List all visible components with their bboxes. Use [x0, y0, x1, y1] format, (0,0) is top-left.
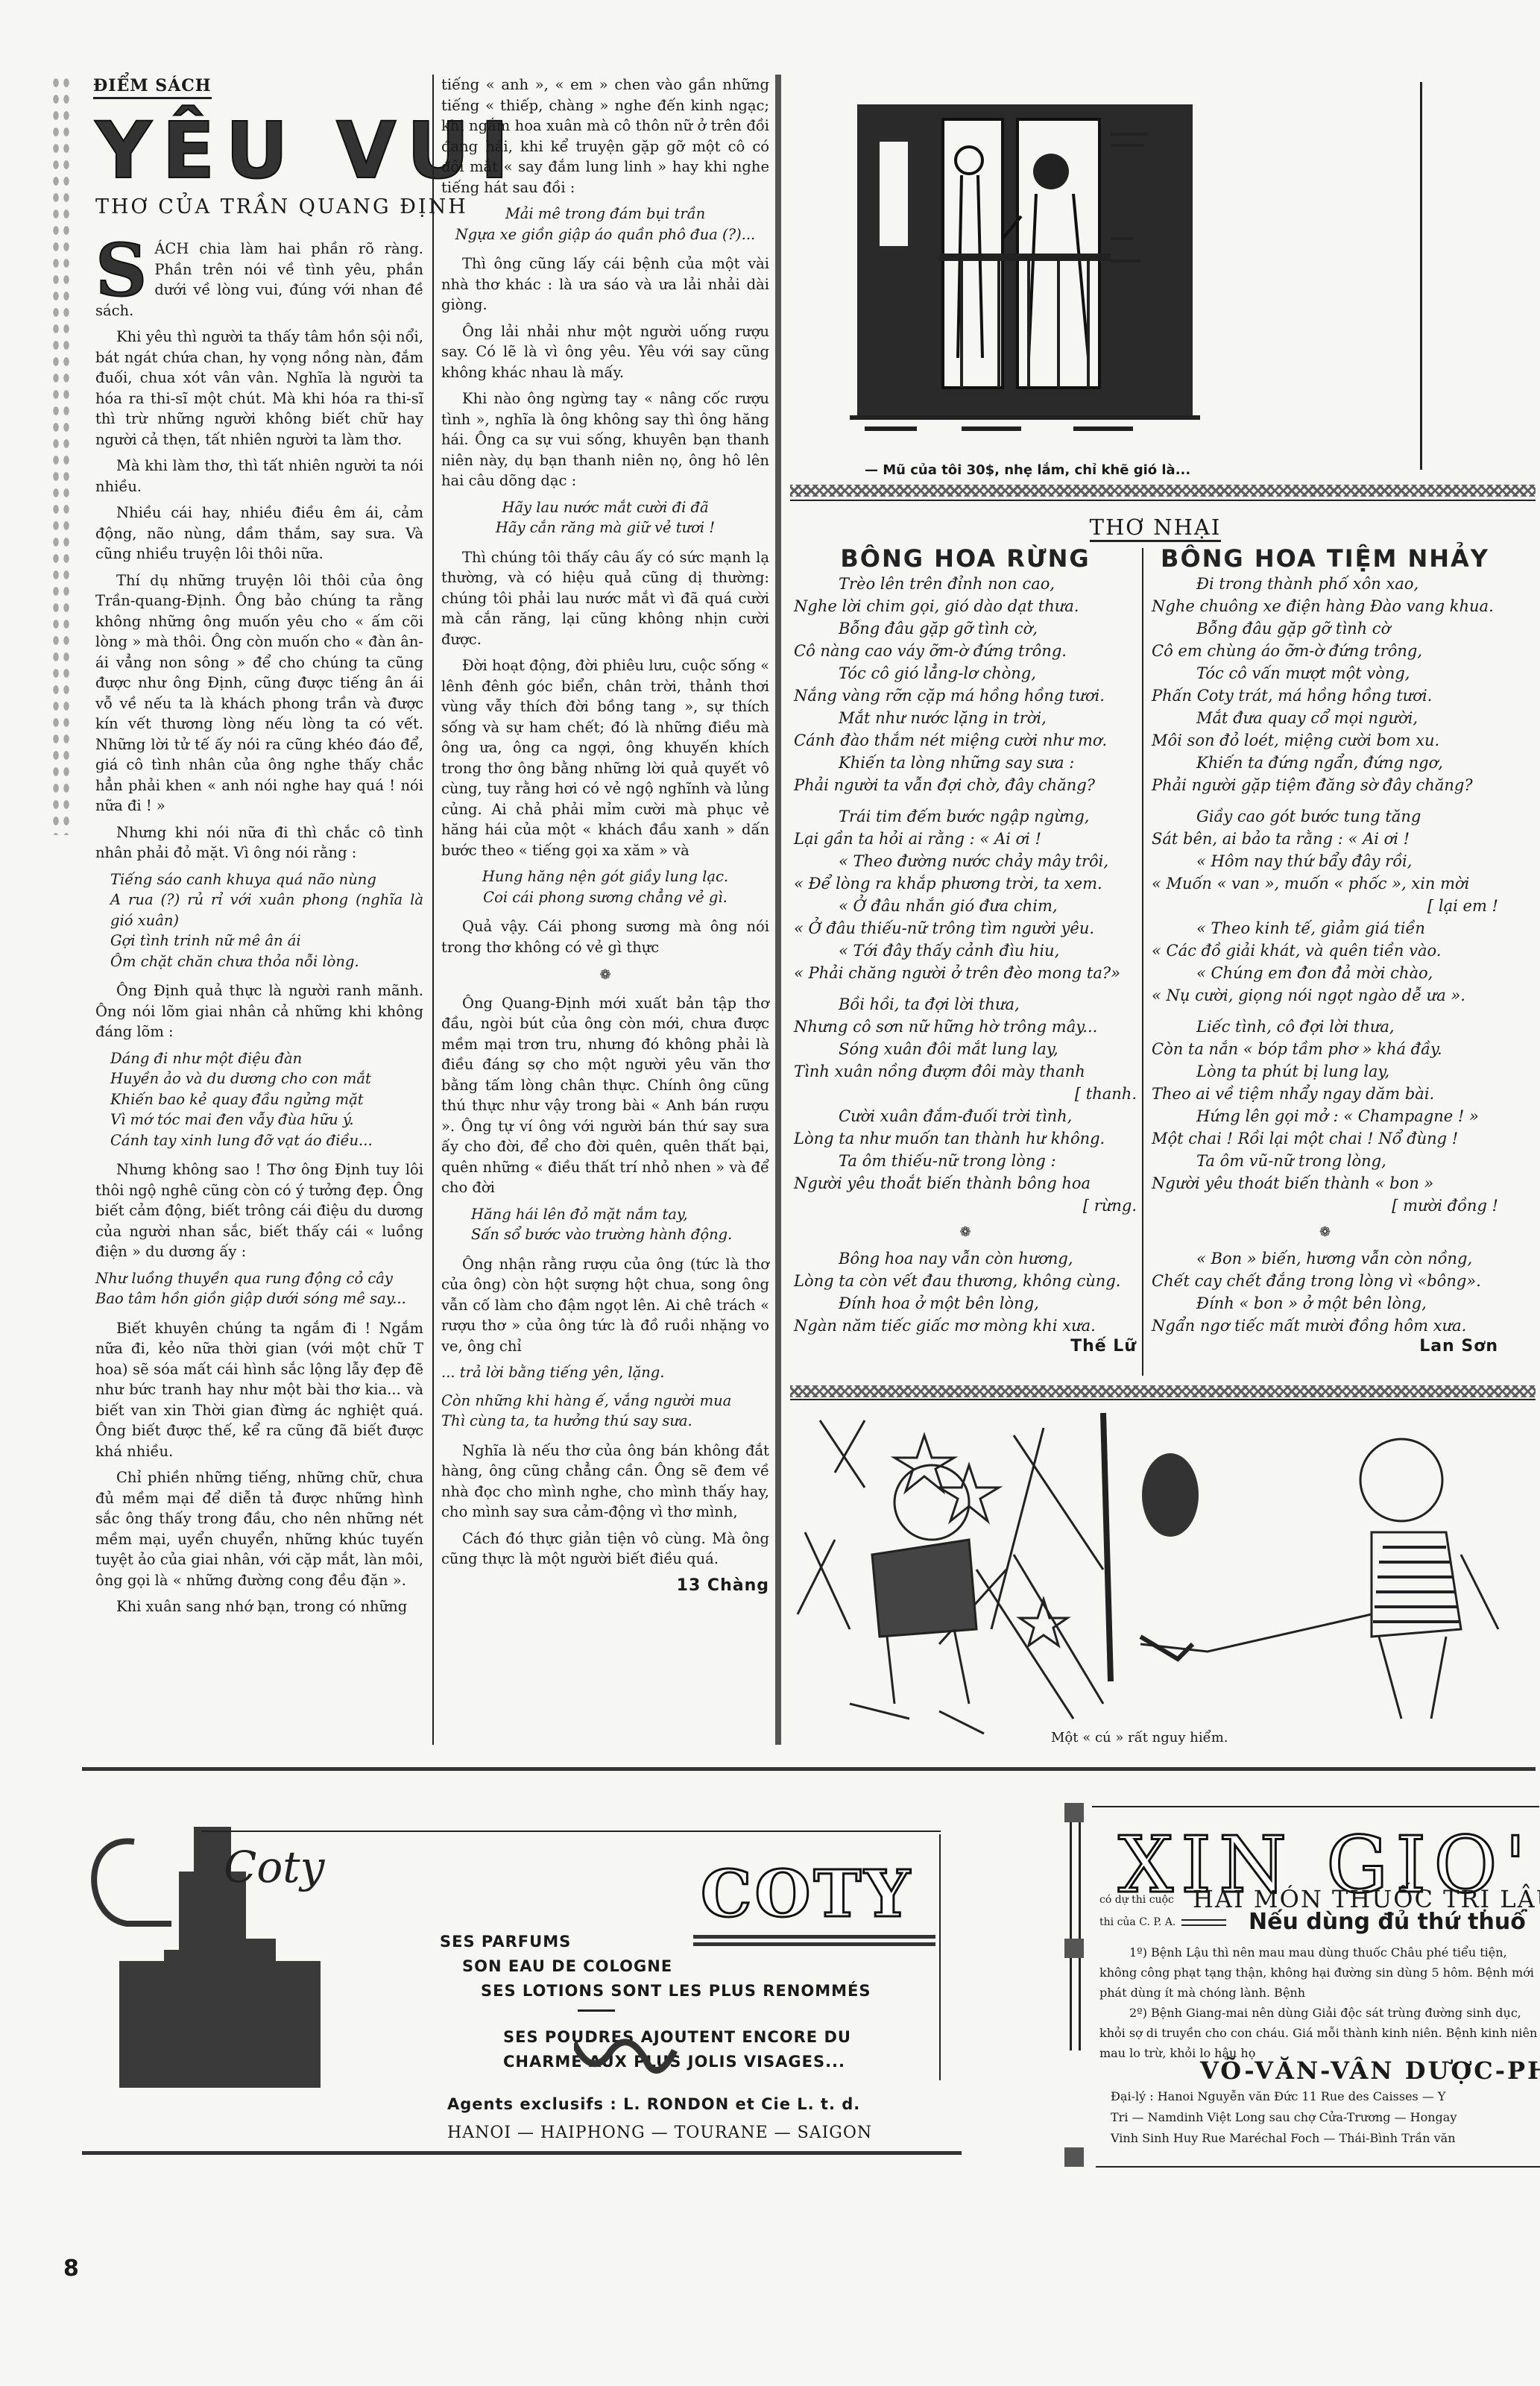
xin-brand: VÕ-VĂN-VÂN DƯỢC-PH	[1200, 2056, 1540, 2085]
poem-line: Sóng xuân đôi mắt lung lay,	[794, 1038, 1137, 1060]
paragraph: Mà khi làm thơ, thì tất nhiên người ta n…	[95, 456, 423, 497]
poem-line: Giầy cao gót bước tung tăng	[1152, 805, 1498, 828]
ornament-icon: ❁	[441, 965, 769, 986]
poem-line: Ngẩn ngơ tiếc mất mười đồng hôm xưa.	[1152, 1315, 1498, 1337]
verse-quote: Hung hăng nện gót giầy lung lạc. Coi cái…	[441, 866, 769, 907]
short-rule	[1181, 1919, 1226, 1921]
poem-line: Một chai ! Rồi lại một chai ! Nổ đùng !	[1152, 1127, 1498, 1150]
poem-right: BÔNG HOA TIỆM NHẢY Đi trong thành phố xô…	[1152, 544, 1498, 1356]
poem-line: Cô em chùng áo ỡm-ờ đứng trông,	[1152, 640, 1498, 662]
poem-line: « Tới đây thấy cảnh đìu hiu,	[794, 939, 1137, 962]
ad-pillar	[1079, 1804, 1081, 2050]
column-divider	[432, 75, 434, 1745]
article-signature: 13 Chàng	[441, 1576, 769, 1596]
paragraph: Nhiều cái hay, nhiều điều êm ái, cảm độn…	[95, 503, 423, 564]
paragraph: Quả vậy. Cái phong sương mà ông nói tron…	[441, 916, 769, 957]
paragraph: Chỉ phiền những tiếng, những chữ, chưa đ…	[95, 1467, 423, 1590]
poem-line: Ngàn năm tiếc giấc mơ mòng khi xưa.	[794, 1315, 1137, 1337]
poem-line: « Để lòng ra khắp phương trời, ta xem.	[794, 872, 1137, 895]
poem-line: Bồi hồi, ta đợi lời thưa,	[794, 993, 1137, 1016]
poem-line: Tình xuân nồng đượm đôi mày thanh	[794, 1060, 1137, 1083]
poems-divider	[1142, 548, 1143, 1376]
margin-ornament	[51, 75, 73, 835]
poem-author: Lan Sơn	[1152, 1337, 1498, 1356]
ad-border	[939, 1834, 941, 2080]
xin-agents: Đại-lý : Hanoi Nguyễn văn Đức 11 Rue des…	[1111, 2089, 1445, 2103]
poem-coda: Bông hoa nay vẫn còn hương,Lòng ta còn v…	[794, 1247, 1137, 1337]
xin-agents: Tri — Namdinh Việt Long sau chợ Cửa-Trươ…	[1111, 2110, 1457, 2124]
coty-line: SON EAU DE COLOGNE	[462, 1957, 672, 1975]
poem-lines: Đi trong thành phố xôn xao,Nghe chuông x…	[1152, 573, 1498, 1217]
tram-cartoon-illustration	[850, 89, 1267, 447]
paragraph: Đời hoạt động, đời phiêu lưu, cuộc sống …	[441, 655, 769, 860]
paragraph: Ông nhận rằng rượu của ông (tức là thơ c…	[441, 1254, 769, 1357]
poem-line: Hứng lên gọi mở : « Champagne ! »	[1152, 1105, 1498, 1127]
poem-line: [ rừng.	[794, 1194, 1137, 1217]
poem-line: Khiến ta đứng ngẩn, đứng ngơ,	[1152, 752, 1498, 774]
review-column-2: tiếng « anh », « em » chen vào gần những…	[441, 75, 769, 1596]
xin-item-1: 1º) Bệnh Lậu thì nên mau mau dùng thuốc …	[1099, 1942, 1539, 2002]
poem-line: Cười xuân đắm-đuối trời tình,	[794, 1105, 1137, 1127]
poem-line: [ mười đồng !	[1152, 1194, 1498, 1217]
pillar-cap	[1064, 1939, 1084, 1958]
paragraph: Biết khuyên chúng ta ngắm đi ! Ngắm nữa …	[95, 1318, 423, 1462]
pillar-cap	[1064, 2147, 1084, 2167]
perfume-bottle-illustration	[82, 1797, 432, 2088]
review-column-1: SÁCH chia làm hai phần rõ ràng. Phần trê…	[95, 239, 423, 1623]
poem-line: Trái tim đếm bước ngập ngừng,	[794, 805, 1137, 828]
paragraph: Khi nào ông ngừng tay « nâng cốc rượu tì…	[441, 388, 769, 491]
paragraph: Ông lải nhải như một người uống rượu say…	[441, 321, 769, 383]
coty-agents: Agents exclusifs : L. RONDON et Cie L. t…	[447, 2095, 860, 2113]
paragraph: Nhưng không sao ! Thơ ông Định tuy lôi t…	[95, 1159, 423, 1262]
poem-line: Còn ta nắn « bóp tầm phơ » khá đầy.	[1152, 1038, 1498, 1060]
poem-line: Bỗng đâu gặp gỡ tình cờ,	[794, 617, 1137, 640]
poem-line: [ thanh.	[794, 1083, 1137, 1105]
logo-underline	[693, 1942, 935, 1946]
poem-line: Trèo lên trên đỉnh non cao,	[794, 573, 1137, 595]
verse-quote: Tiếng sáo canh khuya quá não nùng A rua …	[110, 869, 423, 972]
poem-line: Phải người ta vẫn đợi chờ, đây chăng?	[794, 774, 1137, 796]
coty-cities: HANOI — HAIPHONG — TOURANE — SAIGON	[447, 2124, 872, 2142]
poem-line: « Ở đâu thiếu-nữ trông tìm người yêu.	[794, 917, 1137, 939]
paragraph: Cách đó thực giản tiện vô cùng. Mà ông c…	[441, 1529, 769, 1570]
poem-line: Người yêu thoát biến thành « bon »	[1152, 1172, 1498, 1194]
stanza-gap	[794, 796, 1137, 805]
coty-wave-ornament	[574, 2036, 678, 2080]
xin-small-text: thi của C. P. A.	[1099, 1916, 1175, 1928]
stanza-gap	[794, 984, 1137, 993]
page-number: 8	[63, 2256, 79, 2282]
paragraph: Khi yêu thì người ta thấy tâm hồn sội nổ…	[95, 327, 423, 450]
poem-line: Cánh đào thắm nét miệng cười như mơ.	[794, 729, 1137, 752]
poem-line: Bỗng đâu gặp gỡ tình cờ	[1152, 617, 1498, 640]
verse-quote: Còn những khi hàng ế, vắng người mua Thì…	[441, 1391, 769, 1432]
paragraph: tiếng « anh », « em » chen vào gần những…	[441, 75, 769, 198]
football-cartoon-caption: Một « cú » rất nguy hiểm.	[1051, 1730, 1228, 1746]
divider-rule	[790, 500, 1536, 501]
ad-bottom-rule	[82, 2151, 962, 2155]
coty-logo: COTY	[701, 1857, 913, 1932]
ornamental-divider	[790, 1385, 1536, 1397]
poem-line: Ta ôm vũ-nữ trong lòng,	[1152, 1150, 1498, 1172]
logo-underline	[693, 1935, 935, 1939]
poem-line: Lòng ta như muốn tan thành hư không.	[794, 1127, 1137, 1150]
coty-signature: Coty	[224, 1842, 324, 1892]
poem-line: « Nụ cười, giọng nói ngọt ngào dễ ưa ».	[1152, 984, 1498, 1007]
poem-line: Cô nàng cao váy ỡm-ờ đứng trông.	[794, 640, 1137, 662]
paragraph: Nghĩa là nếu thơ của ông bán không đắt h…	[441, 1441, 769, 1523]
ad-border	[1096, 2166, 1540, 2168]
poems-section-title: THƠ NHẠI	[1081, 514, 1230, 540]
poem-line: Chết cay chết đắng trong lòng vì «bông».	[1152, 1270, 1498, 1292]
poem-line: Môi son đỏ loét, miệng cười bom xu.	[1152, 729, 1498, 752]
article-subtitle: THƠ CỦA TRẦN QUANG ĐỊNH	[95, 195, 468, 218]
poem-line: Lòng ta phút bị lung lay,	[1152, 1060, 1498, 1083]
paragraph: Ông Định quả thực là người ranh mãnh. Ôn…	[95, 980, 423, 1042]
pillar-cap	[1064, 1803, 1084, 1822]
xin-subhead: Nếu dùng đủ thứ thuố	[1249, 1909, 1526, 1935]
poem-line: Sát bên, ai bảo ta rằng : « Ai ơi !	[1152, 828, 1498, 850]
ornament-icon: ❁	[1152, 1224, 1498, 1240]
poem-line: « Phải chăng người ở trên đèo mong ta?»	[794, 962, 1137, 984]
poem-line: Tóc cô vấn mượt một vòng,	[1152, 662, 1498, 684]
poem-line: « Bon » biến, hương vẫn còn nồng,	[1152, 1247, 1498, 1270]
paragraph: Thí dụ những truyện lôi thôi của ông Trầ…	[95, 570, 423, 816]
poem-line: Lại gần ta hỏi ai rằng : « Ai ơi !	[794, 828, 1137, 850]
paragraph: Khi xuân sang nhớ bạn, trong có những	[95, 1596, 423, 1617]
poem-line: « Theo kinh tế, giảm giá tiền	[1152, 917, 1498, 939]
poem-line: « Hôm nay thứ bẩy đây rồi,	[1152, 850, 1498, 872]
poem-line: Nắng vàng rỡn cặp má hồng hồng tươi.	[794, 684, 1137, 707]
verse-quote: Hãy lau nước mắt cười đi đã Hãy cắn răng…	[441, 497, 769, 538]
verse-quote: Hăng hái lên đỏ mặt nắm tay, Sấn sổ bước…	[471, 1204, 769, 1245]
poem-line: [ lại em !	[1152, 895, 1498, 917]
ad-border	[1092, 1806, 1539, 1807]
poem-line: Khiến ta lòng những say sưa :	[794, 752, 1137, 774]
poem-lines: Trèo lên trên đỉnh non cao,Nghe lời chim…	[794, 573, 1137, 1217]
xin-small-text: có dự thi cuộc	[1099, 1894, 1174, 1906]
stanza-gap	[1152, 1007, 1498, 1016]
poem-line: « Các đồ giải khát, và quên tiền vào.	[1152, 939, 1498, 962]
paragraph: Thì ông cũng lấy cái bệnh của một vài nh…	[441, 254, 769, 315]
poem-line: Đính hoa ở một bên lòng,	[794, 1292, 1137, 1315]
column-divider-thick	[775, 75, 781, 1745]
ornamental-divider	[790, 485, 1536, 497]
tram-cartoon-caption: — Mũ của tôi 30$, nhẹ lắm, chỉ khẽ gió l…	[865, 462, 1190, 478]
poem-line: Liếc tình, cô đợi lời thưa,	[1152, 1016, 1498, 1038]
short-rule	[1181, 1924, 1226, 1926]
poem-line: « Ở đâu nhắn gió đưa chim,	[794, 895, 1137, 917]
poem-line: « Theo đường nước chảy mây trôi,	[794, 850, 1137, 872]
poem-line: Nghe chuông xe điện hàng Đào vang khua.	[1152, 595, 1498, 617]
poem-line: « Muốn « van », muốn « phốc », xin mời	[1152, 872, 1498, 895]
poem-line: Ta ôm thiếu-nữ trong lòng :	[794, 1150, 1137, 1172]
divider-rule	[790, 1399, 1536, 1400]
verse-quote: Dáng đi như một điệu đàn Huyền ảo và du …	[110, 1048, 423, 1151]
poem-line: Theo ai về tiệm nhẩy ngay dăm bài.	[1152, 1083, 1498, 1105]
dropcap: S	[95, 242, 147, 300]
poem-title: BÔNG HOA TIỆM NHẢY	[1152, 544, 1498, 573]
poem-coda: « Bon » biến, hương vẫn còn nồng,Chết ca…	[1152, 1247, 1498, 1337]
poem-line: Nghe lời chim gọi, gió dào dạt thưa.	[794, 595, 1137, 617]
page-divider	[82, 1767, 1536, 1771]
poem-line: Đính « bon » ở một bên lòng,	[1152, 1292, 1498, 1315]
ad-border	[201, 1831, 941, 1832]
paragraph: Thì chúng tôi thấy câu ấy có sức mạnh lạ…	[441, 547, 769, 650]
poem-line: « Chúng em đon đả mời chào,	[1152, 962, 1498, 984]
short-rule	[578, 2009, 615, 2012]
coty-advertisement: Coty COTY SES PARFUMS SON EAU DE COLOGNE…	[82, 1797, 962, 2088]
poem-line: Nhưng cô sơn nữ hững hờ trông mây...	[794, 1016, 1137, 1038]
poem-line: Mắt đưa quay cổ mọi người,	[1152, 707, 1498, 729]
poem-line: Tóc cô gió lẳng-lơ chòng,	[794, 662, 1137, 684]
football-cartoon-illustration	[790, 1406, 1521, 1741]
coty-line: SES PARFUMS	[440, 1933, 571, 1951]
poem-line: Lòng ta còn vết đau thương, không cùng.	[794, 1270, 1137, 1292]
poem-author: Thế Lữ	[794, 1337, 1137, 1356]
poem-left: BÔNG HOA RỪNG Trèo lên trên đỉnh non cao…	[794, 544, 1137, 1356]
poem-line: Đi trong thành phố xôn xao,	[1152, 573, 1498, 595]
verse-quote: Như luồng thuyền qua rung động cỏ cây Ba…	[95, 1268, 423, 1309]
xin-item-2: 2º) Bệnh Giang-mai nên dùng Giải độc sát…	[1099, 2003, 1539, 2062]
poem-line: Bông hoa nay vẫn còn hương,	[794, 1247, 1137, 1270]
poem-line: Người yêu thoắt biến thành bông hoa	[794, 1172, 1137, 1194]
paragraph: Nhưng khi nói nữa đi thì chắc cô tình nh…	[95, 822, 423, 863]
ornament-icon: ❁	[794, 1224, 1137, 1240]
ad-pillar	[1070, 1804, 1072, 2050]
poem-line: Phải người gặp tiệm đăng sờ đây chăng?	[1152, 774, 1498, 796]
stanza-gap	[1152, 796, 1498, 805]
poem-line: Phấn Coty trát, má hồng hồng tươi.	[1152, 684, 1498, 707]
paragraph: Ông Quang-Định mới xuất bản tập thơ đầu,…	[441, 993, 769, 1198]
verse-quote: Mải mê trong đám bụi trần Ngựa xe giồn g…	[441, 204, 769, 245]
poem-line: Mắt như nước lặng in trời,	[794, 707, 1137, 729]
poem-title: BÔNG HOA RỪNG	[794, 544, 1137, 573]
coty-line: SES LOTIONS SONT LES PLUS RENOMMÉS	[481, 1982, 871, 2000]
xin-agents: Vinh Sinh Huy Rue Maréchal Foch — Thái-B…	[1111, 2131, 1456, 2145]
right-edge-rule	[1420, 82, 1422, 470]
section-label: ĐIỂM SÁCH	[93, 76, 212, 95]
verse-quote: ... trả lời bằng tiếng yên, lặng.	[441, 1362, 769, 1383]
